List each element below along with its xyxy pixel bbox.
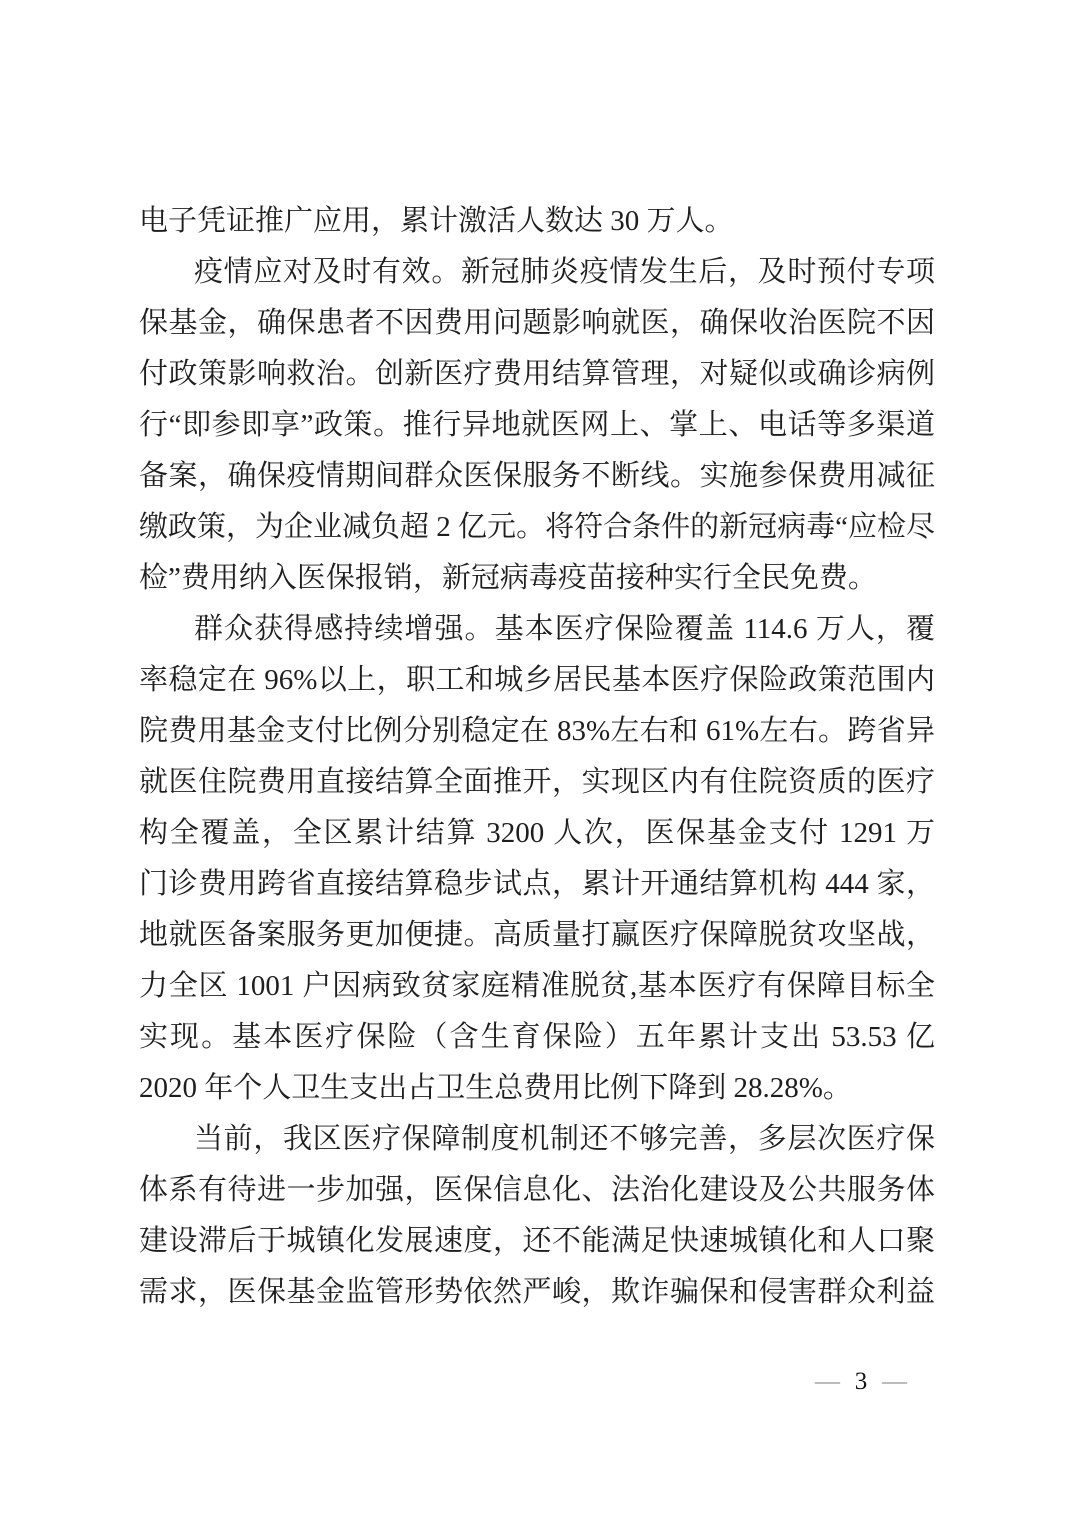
document-line: 体系有待进一步加强，医保信息化、法治化建设及公共服务体系 <box>139 1165 935 1216</box>
document-line: 力全区 1001 户因病致贫家庭精准脱贫,基本医疗有保障目标全面 <box>139 961 935 1012</box>
document-line: 构全覆盖，全区累计结算 3200 人次，医保基金支付 1291 万元。 <box>139 808 935 859</box>
document-line: 实现。基本医疗保险（含生育保险）五年累计支出 53.53 亿元， <box>139 1012 935 1063</box>
document-line: 电子凭证推广应用，累计激活人数达 30 万人。 <box>139 196 935 247</box>
document-line: 需求，医保基金监管形势依然严峻，欺诈骗保和侵害群众利益的 <box>139 1267 935 1318</box>
document-line: 检”费用纳入医保报销，新冠病毒疫苗接种实行全民免费。 <box>139 553 935 604</box>
document-line: 行“即参即享”政策。推行异地就医网上、掌上、电话等多渠道 <box>139 400 935 451</box>
document-line: 建设滞后于城镇化发展速度，还不能满足快速城镇化和人口聚集 <box>139 1216 935 1267</box>
document-text-block: 电子凭证推广应用，累计激活人数达 30 万人。 疫情应对及时有效。新冠肺炎疫情发… <box>139 196 935 1318</box>
document-line: 群众获得感持续增强。基本医疗保险覆盖 114.6 万人，覆盖 <box>139 604 935 655</box>
document-line: 保基金，确保患者不因费用问题影响就医，确保收治医院不因支 <box>139 298 935 349</box>
document-line: 就医住院费用直接结算全面推开，实现区内有住院资质的医疗机 <box>139 757 935 808</box>
document-line: 院费用基金支付比例分别稳定在 83%左右和 61%左右。跨省异地 <box>139 706 935 757</box>
footer-dash-right: — <box>882 1369 907 1395</box>
page-footer: — 3 — <box>815 1366 907 1398</box>
document-line: 门诊费用跨省直接结算稳步试点，累计开通结算机构 444 家，异 <box>139 859 935 910</box>
document-line: 当前，我区医疗保障制度机制还不够完善，多层次医疗保障 <box>139 1114 935 1165</box>
document-line: 付政策影响救治。创新医疗费用结算管理，对疑似或确诊病例实 <box>139 349 935 400</box>
document-line: 备案，确保疫情期间群众医保服务不断线。实施参保费用减征缓 <box>139 451 935 502</box>
footer-dash-left: — <box>815 1369 840 1395</box>
document-page: 电子凭证推广应用，累计激活人数达 30 万人。 疫情应对及时有效。新冠肺炎疫情发… <box>0 0 1074 1520</box>
document-line: 2020 年个人卫生支出占卫生总费用比例下降到 28.28%。 <box>139 1063 935 1114</box>
document-line: 缴政策，为企业减负超 2 亿元。将符合条件的新冠病毒“应检尽 <box>139 502 935 553</box>
document-line: 疫情应对及时有效。新冠肺炎疫情发生后，及时预付专项医 <box>139 247 935 298</box>
document-line: 率稳定在 96%以上，职工和城乡居民基本医疗保险政策范围内住 <box>139 655 935 706</box>
page-number: 3 <box>855 1366 868 1398</box>
document-line: 地就医备案服务更加便捷。高质量打赢医疗保障脱贫攻坚战，助 <box>139 910 935 961</box>
